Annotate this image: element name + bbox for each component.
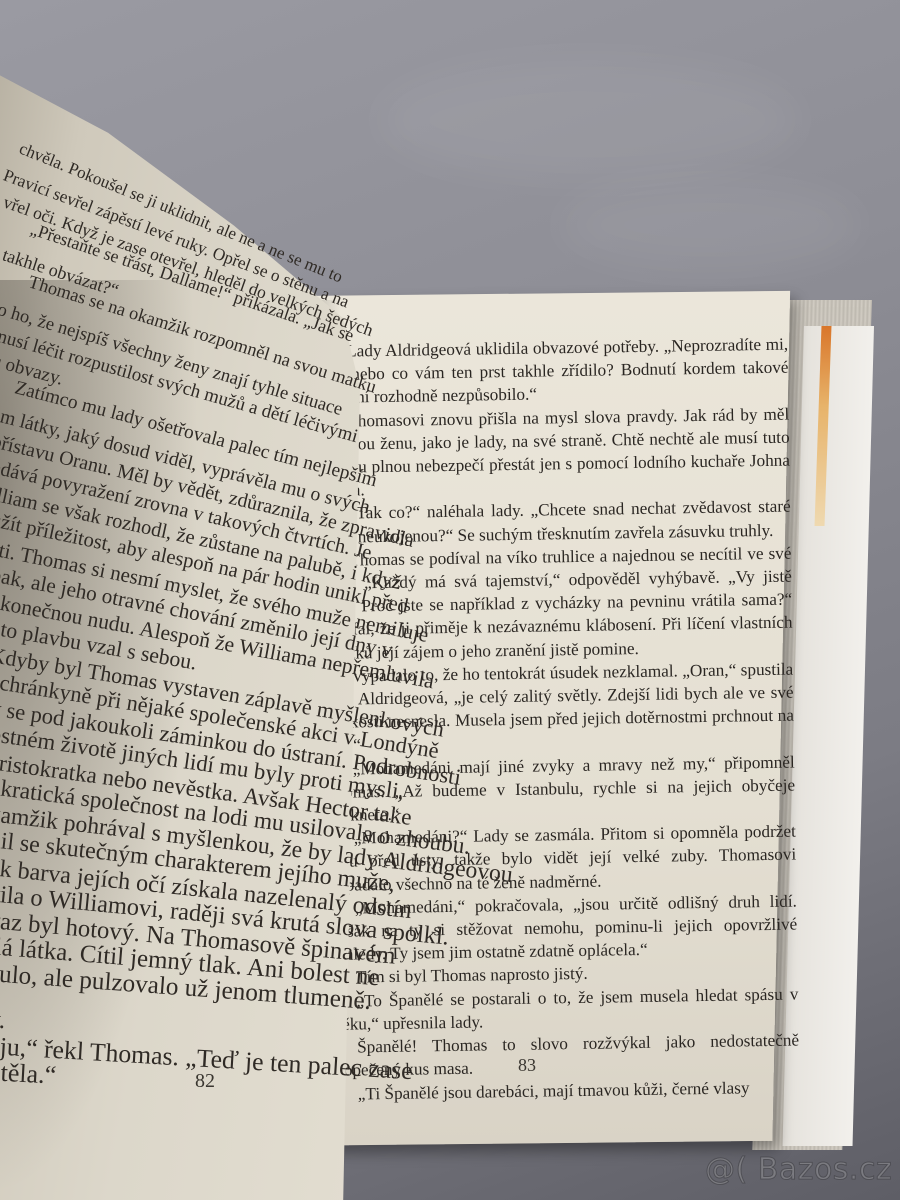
fabric-fold [560, 180, 860, 270]
photo-scene: Lady Aldridgeová uklidila obvazové potře… [0, 0, 900, 1200]
page-number-right: 83 [518, 1055, 536, 1076]
watermark: @( Bazos.cz [705, 1152, 892, 1187]
paragraph: Thomasovi znovu přišla na mysl slova pra… [319, 402, 790, 502]
paragraph: Lady Aldridgeová uklidila obvazové potře… [318, 333, 789, 410]
page-number-left: 82 [195, 1070, 215, 1093]
text-line: t těla.“ [0, 1057, 57, 1091]
paragraph: „To Španělé se postarali o to, že jsem m… [328, 982, 799, 1036]
fabric-fold [380, 60, 800, 180]
